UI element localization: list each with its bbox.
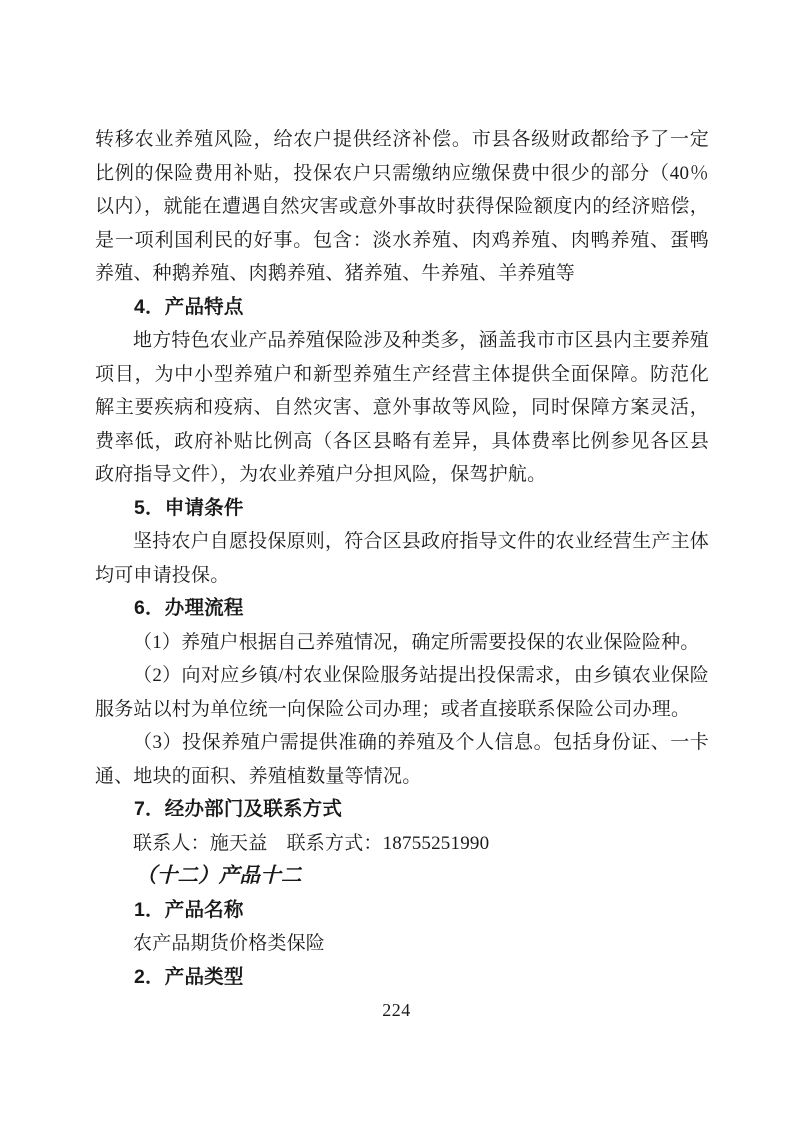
paragraph-contact-info: 联系人：施天益 联系方式：18755251990 xyxy=(95,827,709,861)
procedure-step-1: （1）养殖户根据自己养殖情况，确定所需要投保的农业保险险种。 xyxy=(95,626,709,660)
procedure-step-2: （2）向对应乡镇/村农业保险服务站提出投保需求，由乡镇农业保险服务站以村为单位统… xyxy=(95,659,709,726)
heading-product-12: （十二）产品十二 xyxy=(95,860,709,894)
paragraph-product-features: 地方特色农业产品养殖保险涉及种类多，涵盖我市市区县内主要养殖项目，为中小型养殖户… xyxy=(95,324,709,492)
heading-application-conditions: 5．申请条件 xyxy=(95,492,709,526)
heading-contact-info: 7．经办部门及联系方式 xyxy=(95,793,709,827)
heading-product-features: 4．产品特点 xyxy=(95,291,709,325)
heading-product-name: 1．产品名称 xyxy=(95,894,709,928)
paragraph-product-name: 农产品期货价格类保险 xyxy=(95,927,709,961)
page-number: 224 xyxy=(0,1000,793,1021)
heading-product-type: 2．产品类型 xyxy=(95,961,709,995)
procedure-step-3: （3）投保养殖户需提供准确的养殖及个人信息。包括身份证、一卡通、地块的面积、养殖… xyxy=(95,726,709,793)
continued-paragraph: 转移农业养殖风险，给农户提供经济补偿。市县各级财政都给予了一定比例的保险费用补贴… xyxy=(95,123,709,291)
document-page: 转移农业养殖风险，给农户提供经济补偿。市县各级财政都给予了一定比例的保险费用补贴… xyxy=(0,0,793,1122)
document-body: 转移农业养殖风险，给农户提供经济补偿。市县各级财政都给予了一定比例的保险费用补贴… xyxy=(95,123,709,994)
paragraph-application-conditions: 坚持农户自愿投保原则，符合区县政府指导文件的农业经营生产主体均可申请投保。 xyxy=(95,525,709,592)
heading-processing-procedure: 6．办理流程 xyxy=(95,592,709,626)
